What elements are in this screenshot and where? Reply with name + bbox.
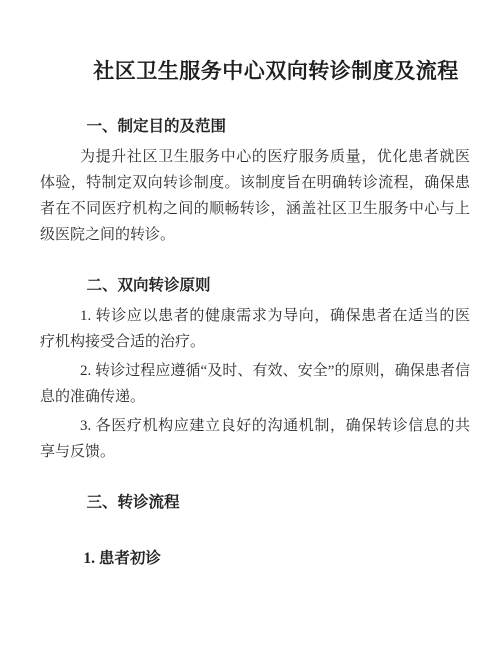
principle-item-2: 2. 转诊过程应遵循“及时、有效、安全”的原则，确保患者信息的准确传递。 (40, 358, 470, 410)
section-heading-referral-principles: 二、双向转诊原则 (40, 273, 470, 299)
principle-item-1: 1. 转诊应以患者的健康需求为导向，确保患者在适当的医疗机构接受合适的治疗。 (40, 303, 470, 355)
section-heading-referral-process: 三、转诊流程 (40, 490, 470, 516)
section-heading-purpose-scope: 一、制定目的及范围 (40, 114, 470, 140)
subsection-heading-initial-visit: 1. 患者初诊 (40, 546, 470, 572)
paragraph-purpose-scope: 为提升社区卫生服务中心的医疗服务质量，优化患者就医体验，特制定双向转诊制度。该制… (40, 144, 470, 248)
principle-item-3: 3. 各医疗机构应建立良好的沟通机制，确保转诊信息的共享与反馈。 (40, 413, 470, 465)
document-page: 社区卫生服务中心双向转诊制度及流程 一、制定目的及范围 为提升社区卫生服务中心的… (0, 0, 500, 647)
document-title: 社区卫生服务中心双向转诊制度及流程 (40, 57, 470, 87)
